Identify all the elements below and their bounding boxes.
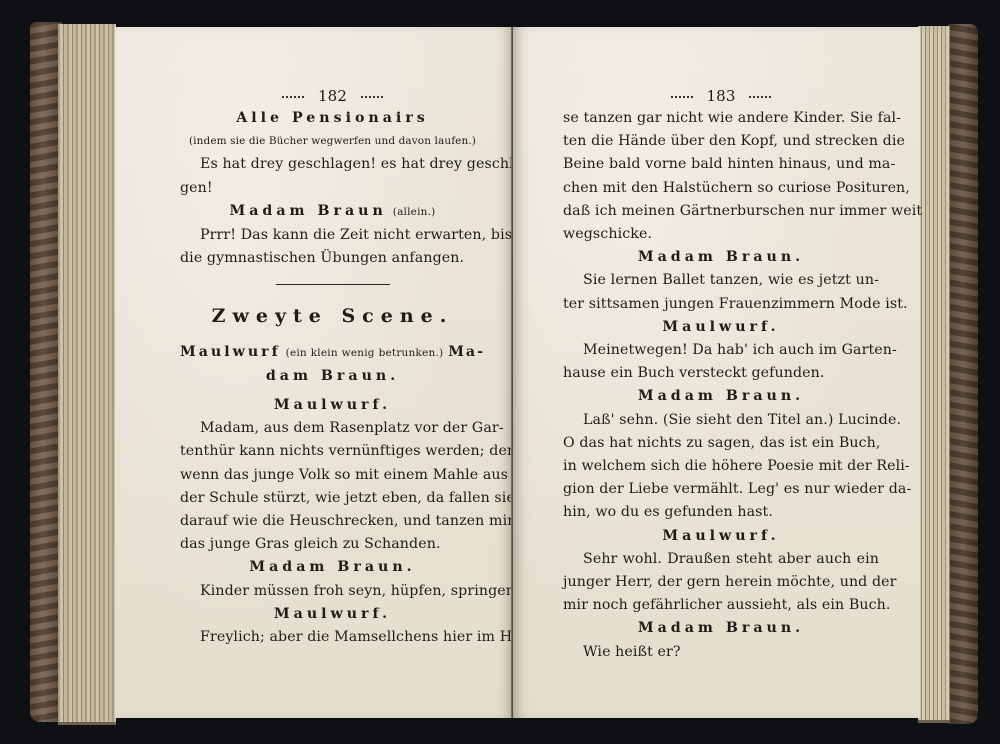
speaker-name: Madam Braun.	[563, 617, 879, 640]
right-page: 183 se tanzen gar nicht wie andere Kinde…	[513, 27, 920, 718]
text-line: daß ich meinen Gärtnerburschen nur immer…	[563, 200, 879, 223]
text-line: gion der Liebe vermählt. Leg' es nur wie…	[563, 478, 879, 501]
stage-direction: (allein.)	[393, 206, 436, 218]
page-number-right: 183	[563, 85, 879, 107]
text-line: Beine bald vorne bald hinten hinaus, und…	[563, 153, 879, 176]
text-line: Es hat drey geschlagen! es hat drey gesc…	[180, 153, 485, 176]
page-edges-left	[58, 24, 116, 725]
text-line: das junge Gras gleich zu Schanden.	[180, 533, 485, 556]
text-line: Sie lernen Ballet tanzen, wie es jetzt u…	[563, 269, 879, 292]
text-line: die gymnastischen Übungen anfangen.	[180, 247, 485, 270]
left-blocks-2: Maulwurf.Madam, aus dem Rasenplatz vor d…	[180, 394, 485, 649]
speaker-name: Maulwurf.	[563, 525, 879, 548]
text-line: Freylich; aber die Mamsellchens hier im …	[180, 626, 485, 649]
text-line: chen mit den Halstüchern so curiose Posi…	[563, 177, 879, 200]
text-line: se tanzen gar nicht wie andere Kinder. S…	[563, 107, 879, 130]
text-line: ter sittsamen jungen Frauenzimmern Mode …	[563, 293, 879, 316]
text-line: Sehr wohl. Draußen steht aber auch ein	[563, 548, 879, 571]
speaker-name: Maulwurf.	[180, 394, 485, 417]
speaker-name: Alle Pensionairs	[180, 107, 485, 130]
ornament-icon	[749, 96, 771, 98]
text-line: wenn das junge Volk so mit einem Mahle a…	[180, 464, 485, 487]
text-line: tenthür kann nichts vernünftiges werden;…	[180, 440, 485, 463]
right-blocks: se tanzen gar nicht wie andere Kinder. S…	[563, 107, 879, 664]
left-page-text: 182 Alle Pensionairs(indem sie die Büche…	[180, 87, 485, 649]
text-line: O das hat nichts zu sagen, das ist ein B…	[563, 432, 879, 455]
stage-direction: (indem sie die Bücher wegwerfen und davo…	[180, 130, 485, 153]
left-page: 182 Alle Pensionairs(indem sie die Büche…	[115, 27, 513, 718]
right-page-text: 183 se tanzen gar nicht wie andere Kinde…	[563, 87, 879, 664]
text-line: gen!	[180, 177, 485, 200]
page-number-left: 182	[180, 85, 485, 107]
speaker-name: Maulwurf.	[563, 316, 879, 339]
ornament-icon	[671, 96, 693, 98]
speaker-name: Madam Braun(allein.)	[180, 200, 485, 224]
page-edges-right	[918, 26, 950, 723]
text-line: der Schule stürzt, wie jetzt eben, da fa…	[180, 487, 485, 510]
text-line: Meinetwegen! Da hab' ich auch im Garten-	[563, 339, 879, 362]
text-line: hin, wo du es gefunden hast.	[563, 501, 879, 524]
text-line: mir noch gefährlicher aussieht, als ein …	[563, 594, 879, 617]
speaker-name: Madam Braun.	[180, 556, 485, 579]
scene-title: Zweyte Scene.	[180, 305, 485, 328]
book-cover-right	[948, 24, 978, 724]
speaker-name: Maulwurf.	[180, 603, 485, 626]
text-line: Wie heißt er?	[563, 641, 879, 664]
ornament-icon	[282, 96, 304, 98]
speaker-name: Madam Braun.	[563, 385, 879, 408]
text-line: junger Herr, der gern herein möchte, und…	[563, 571, 879, 594]
text-line: hause ein Buch versteckt gefunden.	[563, 362, 879, 385]
ornament-icon	[361, 96, 383, 98]
text-line: darauf wie die Heuschrecken, und tanzen …	[180, 510, 485, 533]
scene-cast-line: dam Braun.	[180, 365, 485, 388]
text-line: Laß' sehn. (Sie sieht den Titel an.) Luc…	[563, 409, 879, 432]
left-blocks-1: Alle Pensionairs(indem sie die Bücher we…	[180, 107, 485, 270]
scene-cast-line: Maulwurf (ein klein wenig betrunken.) Ma…	[180, 341, 485, 365]
speaker-name: Madam Braun.	[563, 246, 879, 269]
scene-divider	[276, 284, 390, 285]
text-line: Kinder müssen froh seyn, hüpfen, springe…	[180, 580, 485, 603]
text-line: in welchem sich die höhere Poesie mit de…	[563, 455, 879, 478]
text-line: wegschicke.	[563, 223, 879, 246]
text-line: Madam, aus dem Rasenplatz vor der Gar-	[180, 417, 485, 440]
text-line: ten die Hände über den Kopf, und strecke…	[563, 130, 879, 153]
text-line: Prrr! Das kann die Zeit nicht erwarten, …	[180, 224, 485, 247]
